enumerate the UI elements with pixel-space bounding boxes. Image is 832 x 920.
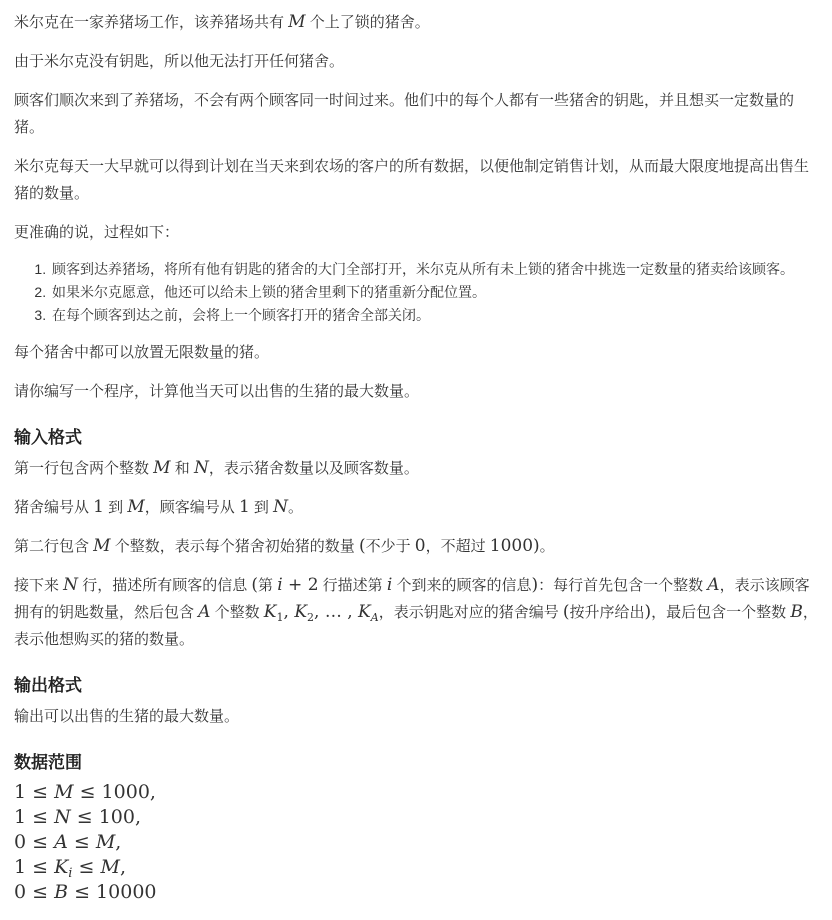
math-variable: N — [63, 575, 78, 595]
math-variable: A — [371, 611, 379, 624]
text-run: 顾客们顺次来到了养猪场，不会有两个顾客同一时间过来。他们中的每个人都有一些猪舍的… — [14, 92, 794, 136]
math-token: 1 — [239, 497, 250, 517]
paragraph: 第二行包含 M 个整数，表示每个猪舍初始猪的数量 (不少于 0，不超过 1000… — [14, 533, 818, 560]
process-list: 顾客到达养猪场，将所有他有钥匙的猪舍的大门全部打开，米尔克从所有未上锁的猪舍中挑… — [14, 258, 818, 327]
math-token: 1 — [93, 497, 104, 517]
math-token: ≤ — [72, 856, 100, 878]
text-run: 在每个顾客到达之前，会将上一个顾客打开的猪舍全部关闭。 — [52, 307, 430, 323]
text-run: 按升序给出 — [570, 604, 645, 621]
text-run: 个到来的顾客的信息 — [392, 577, 531, 594]
section-heading: 输出格式 — [14, 673, 818, 698]
paragraph: 顾客们顺次来到了养猪场，不会有两个顾客同一时间过来。他们中的每个人都有一些猪舍的… — [14, 87, 818, 141]
math-variable: A — [54, 831, 68, 853]
paragraph: 米尔克每天一大早就可以得到计划在当天来到农场的客户的所有数据，以便他制定销售计划… — [14, 153, 818, 207]
text-run: ，最后包含一个整数 — [651, 604, 790, 621]
math-variable: M — [288, 12, 305, 32]
math-token: 0 ≤ — [14, 881, 54, 903]
math-token: 1 — [277, 611, 284, 624]
constraint-line: 0 ≤ B ≤ 10000 — [14, 880, 818, 905]
text-run: 个整数 — [210, 604, 263, 621]
text-run: 顾客到达养猪场，将所有他有钥匙的猪舍的大门全部打开，米尔克从所有未上锁的猪舍中挑… — [52, 261, 794, 277]
math-token: ) — [533, 536, 540, 556]
text-run: 行描述第 — [319, 577, 387, 594]
text-run: 到 — [104, 499, 127, 516]
paragraph: 第一行包含两个整数 M 和 N，表示猪舍数量以及顾客数量。 — [14, 455, 818, 482]
text-run: 由于米尔克没有钥匙，所以他无法打开任何猪舍。 — [14, 53, 344, 70]
math-token: , … , — [314, 602, 358, 622]
math-variable: N — [54, 806, 71, 828]
math-variable: M — [93, 536, 110, 556]
constraint-line: 0 ≤ A ≤ M, — [14, 830, 818, 855]
text-run: ，顾客编号从 — [145, 499, 239, 516]
section-heading: 输入格式 — [14, 425, 818, 450]
text-run: ，不超过 — [426, 538, 490, 555]
math-token: 0 ≤ — [14, 831, 54, 853]
math-variable: M — [127, 497, 144, 517]
math-token: 1 ≤ — [14, 806, 54, 828]
problem-statement: 米尔克在一家养猪场工作，该养猪场共有 M 个上了锁的猪舍。由于米尔克没有钥匙，所… — [0, 0, 832, 920]
constraint-line: 1 ≤ M ≤ 1000, — [14, 780, 818, 805]
list-item: 顾客到达养猪场，将所有他有钥匙的猪舍的大门全部打开，米尔克从所有未上锁的猪舍中挑… — [50, 258, 818, 281]
math-variable: M — [54, 781, 73, 803]
text-run: ，表示猪舍数量以及顾客数量。 — [209, 460, 419, 477]
math-token: 0 — [415, 536, 426, 556]
text-run: 米尔克在一家养猪场工作，该养猪场共有 — [14, 14, 288, 31]
math-variable: K — [294, 602, 307, 622]
math-variable: B — [54, 881, 68, 903]
math-variable: N — [273, 497, 288, 517]
paragraph: 更准确的说，过程如下： — [14, 219, 818, 246]
text-run: 第二行包含 — [14, 538, 93, 555]
math-variable: K — [264, 602, 277, 622]
list-item: 如果米尔克愿意，他还可以给未上锁的猪舍里剩下的猪重新分配位置。 — [50, 281, 818, 304]
math-token: , — [115, 831, 121, 853]
math-token: 2 — [307, 611, 314, 624]
text-run: 输出可以出售的生猪的最大数量。 — [14, 708, 239, 725]
text-run: 行，描述所有顾客的信息 — [78, 577, 251, 594]
math-variable: N — [194, 458, 209, 478]
constraint-line: 1 ≤ N ≤ 100, — [14, 805, 818, 830]
text-run: 如果米尔克愿意，他还可以给未上锁的猪舍里剩下的猪重新分配位置。 — [52, 284, 486, 300]
text-run: 米尔克每天一大早就可以得到计划在当天来到农场的客户的所有数据，以便他制定销售计划… — [14, 158, 809, 202]
text-run: 更准确的说，过程如下： — [14, 224, 179, 241]
text-run: 猪舍编号从 — [14, 499, 93, 516]
math-token: , — [284, 602, 295, 622]
math-variable: M — [100, 856, 119, 878]
text-run: ：每行首先包含一个整数 — [538, 577, 707, 594]
paragraph: 米尔克在一家养猪场工作，该养猪场共有 M 个上了锁的猪舍。 — [14, 9, 818, 36]
math-variable: M — [153, 458, 170, 478]
math-token: , — [120, 856, 126, 878]
text-run: 个上了锁的猪舍。 — [306, 14, 430, 31]
math-token: ≤ 10000 — [68, 881, 156, 903]
text-run: 个整数，表示每个猪舍初始猪的数量 — [111, 538, 359, 555]
math-variable: A — [707, 575, 719, 595]
text-run: 请你编写一个程序，计算他当天可以出售的生猪的最大数量。 — [14, 383, 419, 400]
paragraph: 输出可以出售的生猪的最大数量。 — [14, 703, 818, 730]
math-token: ( — [563, 602, 570, 622]
math-token: 1 ≤ — [14, 856, 54, 878]
math-variable: K — [54, 856, 68, 878]
math-token: ≤ — [68, 831, 96, 853]
math-token: ≤ 1000, — [74, 781, 156, 803]
math-variable: B — [790, 602, 803, 622]
text-run: 。 — [540, 538, 555, 555]
paragraph: 由于米尔克没有钥匙，所以他无法打开任何猪舍。 — [14, 48, 818, 75]
section-heading: 数据范围 — [14, 750, 818, 775]
text-run: 和 — [171, 460, 194, 477]
text-run: 第 — [258, 577, 277, 594]
paragraph: 每个猪舍中都可以放置无限数量的猪。 — [14, 339, 818, 366]
paragraph: 接下来 N 行，描述所有顾客的信息 (第 i + 2 行描述第 i 个到来的顾客… — [14, 572, 818, 653]
math-token: + 2 — [283, 575, 319, 595]
math-token: ≤ 100, — [71, 806, 141, 828]
math-token: ( — [359, 536, 366, 556]
list-item: 在每个顾客到达之前，会将上一个顾客打开的猪舍全部关闭。 — [50, 304, 818, 327]
paragraph: 猪舍编号从 1 到 M，顾客编号从 1 到 N。 — [14, 494, 818, 521]
math-token: 1000 — [490, 536, 533, 556]
text-run: 每个猪舍中都可以放置无限数量的猪。 — [14, 344, 269, 361]
text-run: 第一行包含两个整数 — [14, 460, 153, 477]
text-run: 。 — [288, 499, 303, 516]
paragraph: 请你编写一个程序，计算他当天可以出售的生猪的最大数量。 — [14, 378, 818, 405]
text-run: 不少于 — [366, 538, 415, 555]
text-run: 接下来 — [14, 577, 63, 594]
constraint-line: 1 ≤ Ki ≤ M, — [14, 855, 818, 880]
math-variable: K — [358, 602, 371, 622]
math-variable: M — [96, 831, 115, 853]
text-run: ，表示钥匙对应的猪舍编号 — [379, 604, 563, 621]
math-token: 1 ≤ — [14, 781, 54, 803]
text-run: 到 — [250, 499, 273, 516]
math-variable: A — [198, 602, 210, 622]
